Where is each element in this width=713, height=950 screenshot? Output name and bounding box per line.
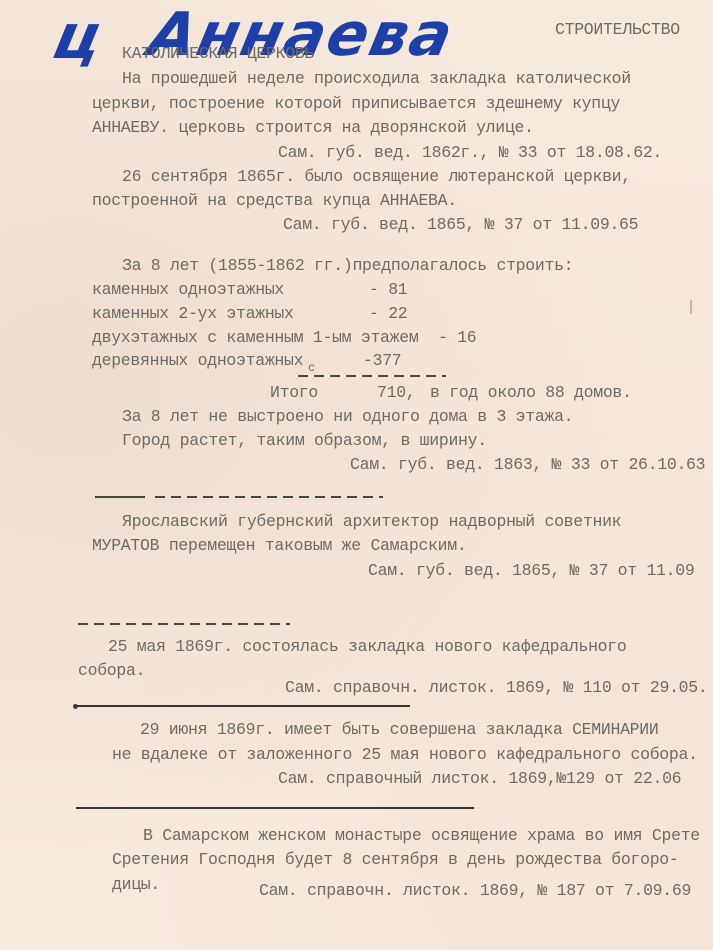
entry-line: дицы. xyxy=(112,875,160,895)
entry-line: построенной на средства купца АННАЕВА. xyxy=(92,191,457,211)
entry-line: МУРАТОВ перемещен таковым же Самарским. xyxy=(92,536,466,556)
stats-label: деревянных одноэтажных xyxy=(92,351,303,371)
entry-line: церкви, построение которой приписывается… xyxy=(92,94,620,114)
entry-source: Сам. справочн. листок. 1869, № 187 от 7.… xyxy=(259,881,691,901)
entry-source: Сам. губ. вед. 1863, № 33 от 26.10.63 xyxy=(350,455,705,475)
separator-rule xyxy=(76,807,474,809)
total-value: 710, xyxy=(377,383,415,403)
entry-source: Сам. губ. вед. 1862г., № 33 от 18.08.62. xyxy=(278,143,662,163)
entry-title: КАТОЛИЧЕСКАЯ ЦЕРКОВЬ xyxy=(122,44,314,64)
entry-source: Сам. губ. вед. 1865, № 37 от 11.09.65 xyxy=(283,215,638,235)
entry-line: собора. xyxy=(78,661,145,681)
separator-dashed xyxy=(78,623,290,625)
sum-dashed-line xyxy=(298,375,446,377)
entry-line: Сретения Господня будет 8 сентября в ден… xyxy=(112,850,679,870)
paper-mark xyxy=(690,300,692,314)
entry-source: Сам. губ. вед. 1865, № 37 от 11.09 xyxy=(368,561,694,581)
total-note: в год около 88 домов. xyxy=(430,383,632,403)
entry-line: АННАЕВУ. церковь строится на дворянской … xyxy=(92,118,534,138)
stats-value: - 16 xyxy=(438,328,476,348)
handwritten-prefix: ц xyxy=(47,0,106,73)
entry-source: Сам. справочный листок. 1869,№129 от 22.… xyxy=(278,769,681,789)
entry-line: 29 июня 1869г. имеет быть совершена закл… xyxy=(140,720,659,740)
separator-dashed xyxy=(155,496,383,498)
entry-line: На прошедшей неделе происходила закладка… xyxy=(122,69,631,89)
total-label: Итого xyxy=(270,383,318,403)
entry-line: Ярославский губернский архитектор надвор… xyxy=(122,512,621,532)
stats-label: каменных одноэтажных xyxy=(92,280,284,300)
separator-solid xyxy=(95,496,145,498)
entry-line: 26 сентября 1865г. было освящение лютера… xyxy=(122,167,631,187)
entry-line: не вдалеке от заложенного 25 мая нового … xyxy=(112,745,698,765)
stats-intro: За 8 лет (1855-1862 гг.)предполагалось с… xyxy=(122,256,573,276)
stats-value: - 22 xyxy=(369,304,407,324)
separator-rule xyxy=(76,705,410,707)
entry-line: 25 мая 1869г. состоялась закладка нового… xyxy=(108,637,627,657)
entry-line: За 8 лет не выстроено ни одного дома в 3… xyxy=(122,407,573,427)
entry-line: В Самарском женском монастыре освящение … xyxy=(143,826,700,846)
stats-value: - 81 xyxy=(369,280,407,300)
entry-line: Город растет, таким образом, в ширину. xyxy=(122,431,487,451)
stats-label: двухэтажных с каменным 1-ым этажем xyxy=(92,328,418,348)
stats-label: каменных 2-ух этажных xyxy=(92,304,294,324)
stats-value: -377 xyxy=(363,351,401,371)
section-heading: СТРОИТЕЛЬСТВО xyxy=(555,20,680,40)
entry-source: Сам. справочн. листок. 1869, № 110 от 29… xyxy=(285,678,707,698)
